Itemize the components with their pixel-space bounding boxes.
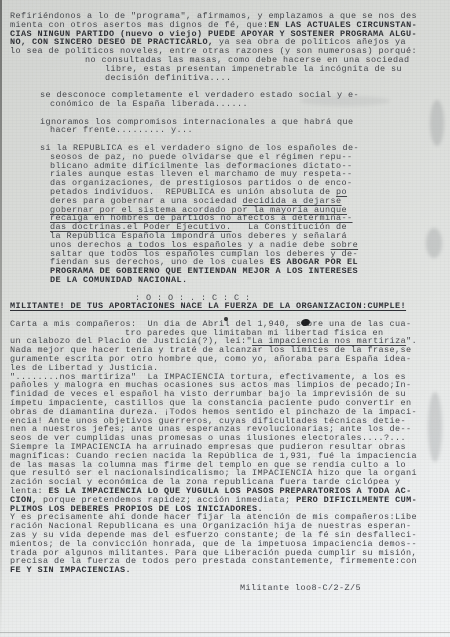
- section-heading: MILITANTE! DE TUS APORTACIONES NACE LA F…: [10, 302, 444, 311]
- ink-blot: [224, 317, 228, 321]
- scan-smudge: [300, 96, 390, 106]
- scan-smudge: [430, 100, 444, 146]
- text-line: DE LA COMUNIDAD NACIONAL.: [10, 276, 444, 285]
- signature-line: Militante loo8-C/2-Z/5: [10, 584, 444, 593]
- scan-edge-bottom: [0, 632, 450, 633]
- scan-smudge: [426, 228, 442, 258]
- scanned-document-page: Refiriéndonos a lo de "programa", afirma…: [0, 0, 450, 637]
- text-line: FE Y SIN IMPACIENCIAS.: [10, 566, 444, 575]
- scan-smudge: [428, 392, 442, 462]
- text-line: hacer frente......... y...: [10, 126, 444, 135]
- blank-line: [10, 575, 444, 584]
- scan-edge-left: [0, 0, 2, 637]
- text-line: decisión definitiva....: [10, 74, 444, 83]
